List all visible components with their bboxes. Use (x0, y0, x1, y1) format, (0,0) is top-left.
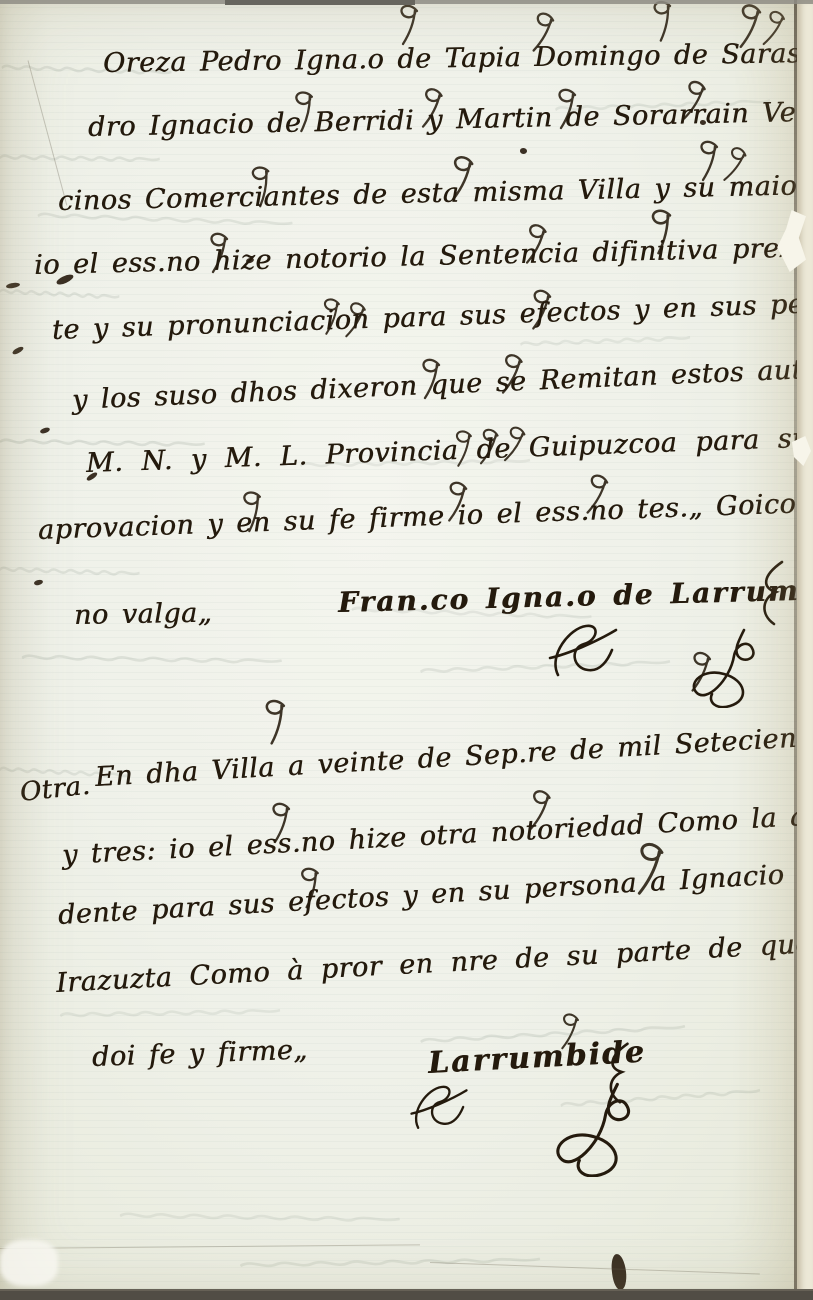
paper-patch (0, 1240, 58, 1286)
surface-scratch (430, 1262, 760, 1275)
manuscript-line-3: cinos Comerciantes de esta misma Villa y… (58, 168, 813, 217)
ink-blot (6, 282, 21, 289)
bleed-through-mark (22, 648, 282, 673)
ink-blot (610, 1253, 628, 1290)
signature-tail (752, 558, 792, 628)
signature-rubric (686, 628, 761, 708)
manuscript-line-11: dente para sus efectos y en su persona a… (57, 857, 813, 931)
manuscript-line-7: M. N. y M. L. Provincia de Guipuzcoa par… (85, 423, 810, 479)
bleed-through-mark (420, 653, 671, 682)
signature-tail (598, 1040, 638, 1106)
manuscript-line-2: dro Ignacio de Berridi y Martin de Sorar… (88, 97, 806, 143)
manuscript-line-12: Irazuzta Como à pror en nre de su parte … (55, 928, 812, 999)
ink-blot (12, 345, 25, 355)
surface-scratch (28, 60, 68, 205)
signature-rubric (408, 1082, 470, 1132)
correction-note: no valga„ (74, 598, 213, 631)
manuscript-line-4: io el ess.no hize notorio la Sentencia d… (34, 231, 813, 281)
ink-blot (34, 579, 44, 586)
signature-rubric (548, 620, 618, 680)
manuscript-line-6: y los suso dhos dixeron que se Remitan e… (71, 349, 813, 416)
manuscript-page: Oreza Pedro Igna.o de Tapia Domingo de S… (0, 0, 813, 1300)
page-edge-right (797, 0, 813, 1300)
manuscript-line-9: En dha Villa a veinte de Sep.re de mil S… (94, 714, 813, 793)
bleed-through-mark (0, 148, 160, 171)
ink-blot (39, 426, 50, 434)
bleed-through-mark (520, 329, 691, 355)
bleed-through-mark (0, 282, 120, 308)
bleed-through-mark (240, 1251, 540, 1276)
page-top-edge-shadow (225, 0, 415, 5)
bleed-through-mark (60, 1002, 280, 1026)
page-bottom-edge (0, 1289, 813, 1300)
manuscript-line-8: aprovacion y en su fe firme io el ess.no… (37, 486, 813, 546)
bleed-through-mark (0, 560, 140, 585)
manuscript-line-5: te y su pronunciacion para sus efectos y… (51, 285, 813, 346)
margin-label: Otra. (18, 771, 91, 808)
manuscript-line-1: Oreza Pedro Igna.o de Tapia Domingo de S… (103, 37, 813, 79)
ink-blot (520, 148, 527, 154)
surface-scratch (0, 1244, 420, 1249)
page-crease (794, 0, 797, 1300)
signature-first: Fran.co Igna.o de Larrumbide (338, 572, 813, 619)
closing-attestation: doi fe y firme„ (91, 1034, 308, 1073)
bleed-through-mark (120, 1206, 400, 1231)
manuscript-line-10: y tres: io el ess.no hize otra notorieda… (61, 796, 813, 871)
pen-flourish (260, 696, 293, 751)
